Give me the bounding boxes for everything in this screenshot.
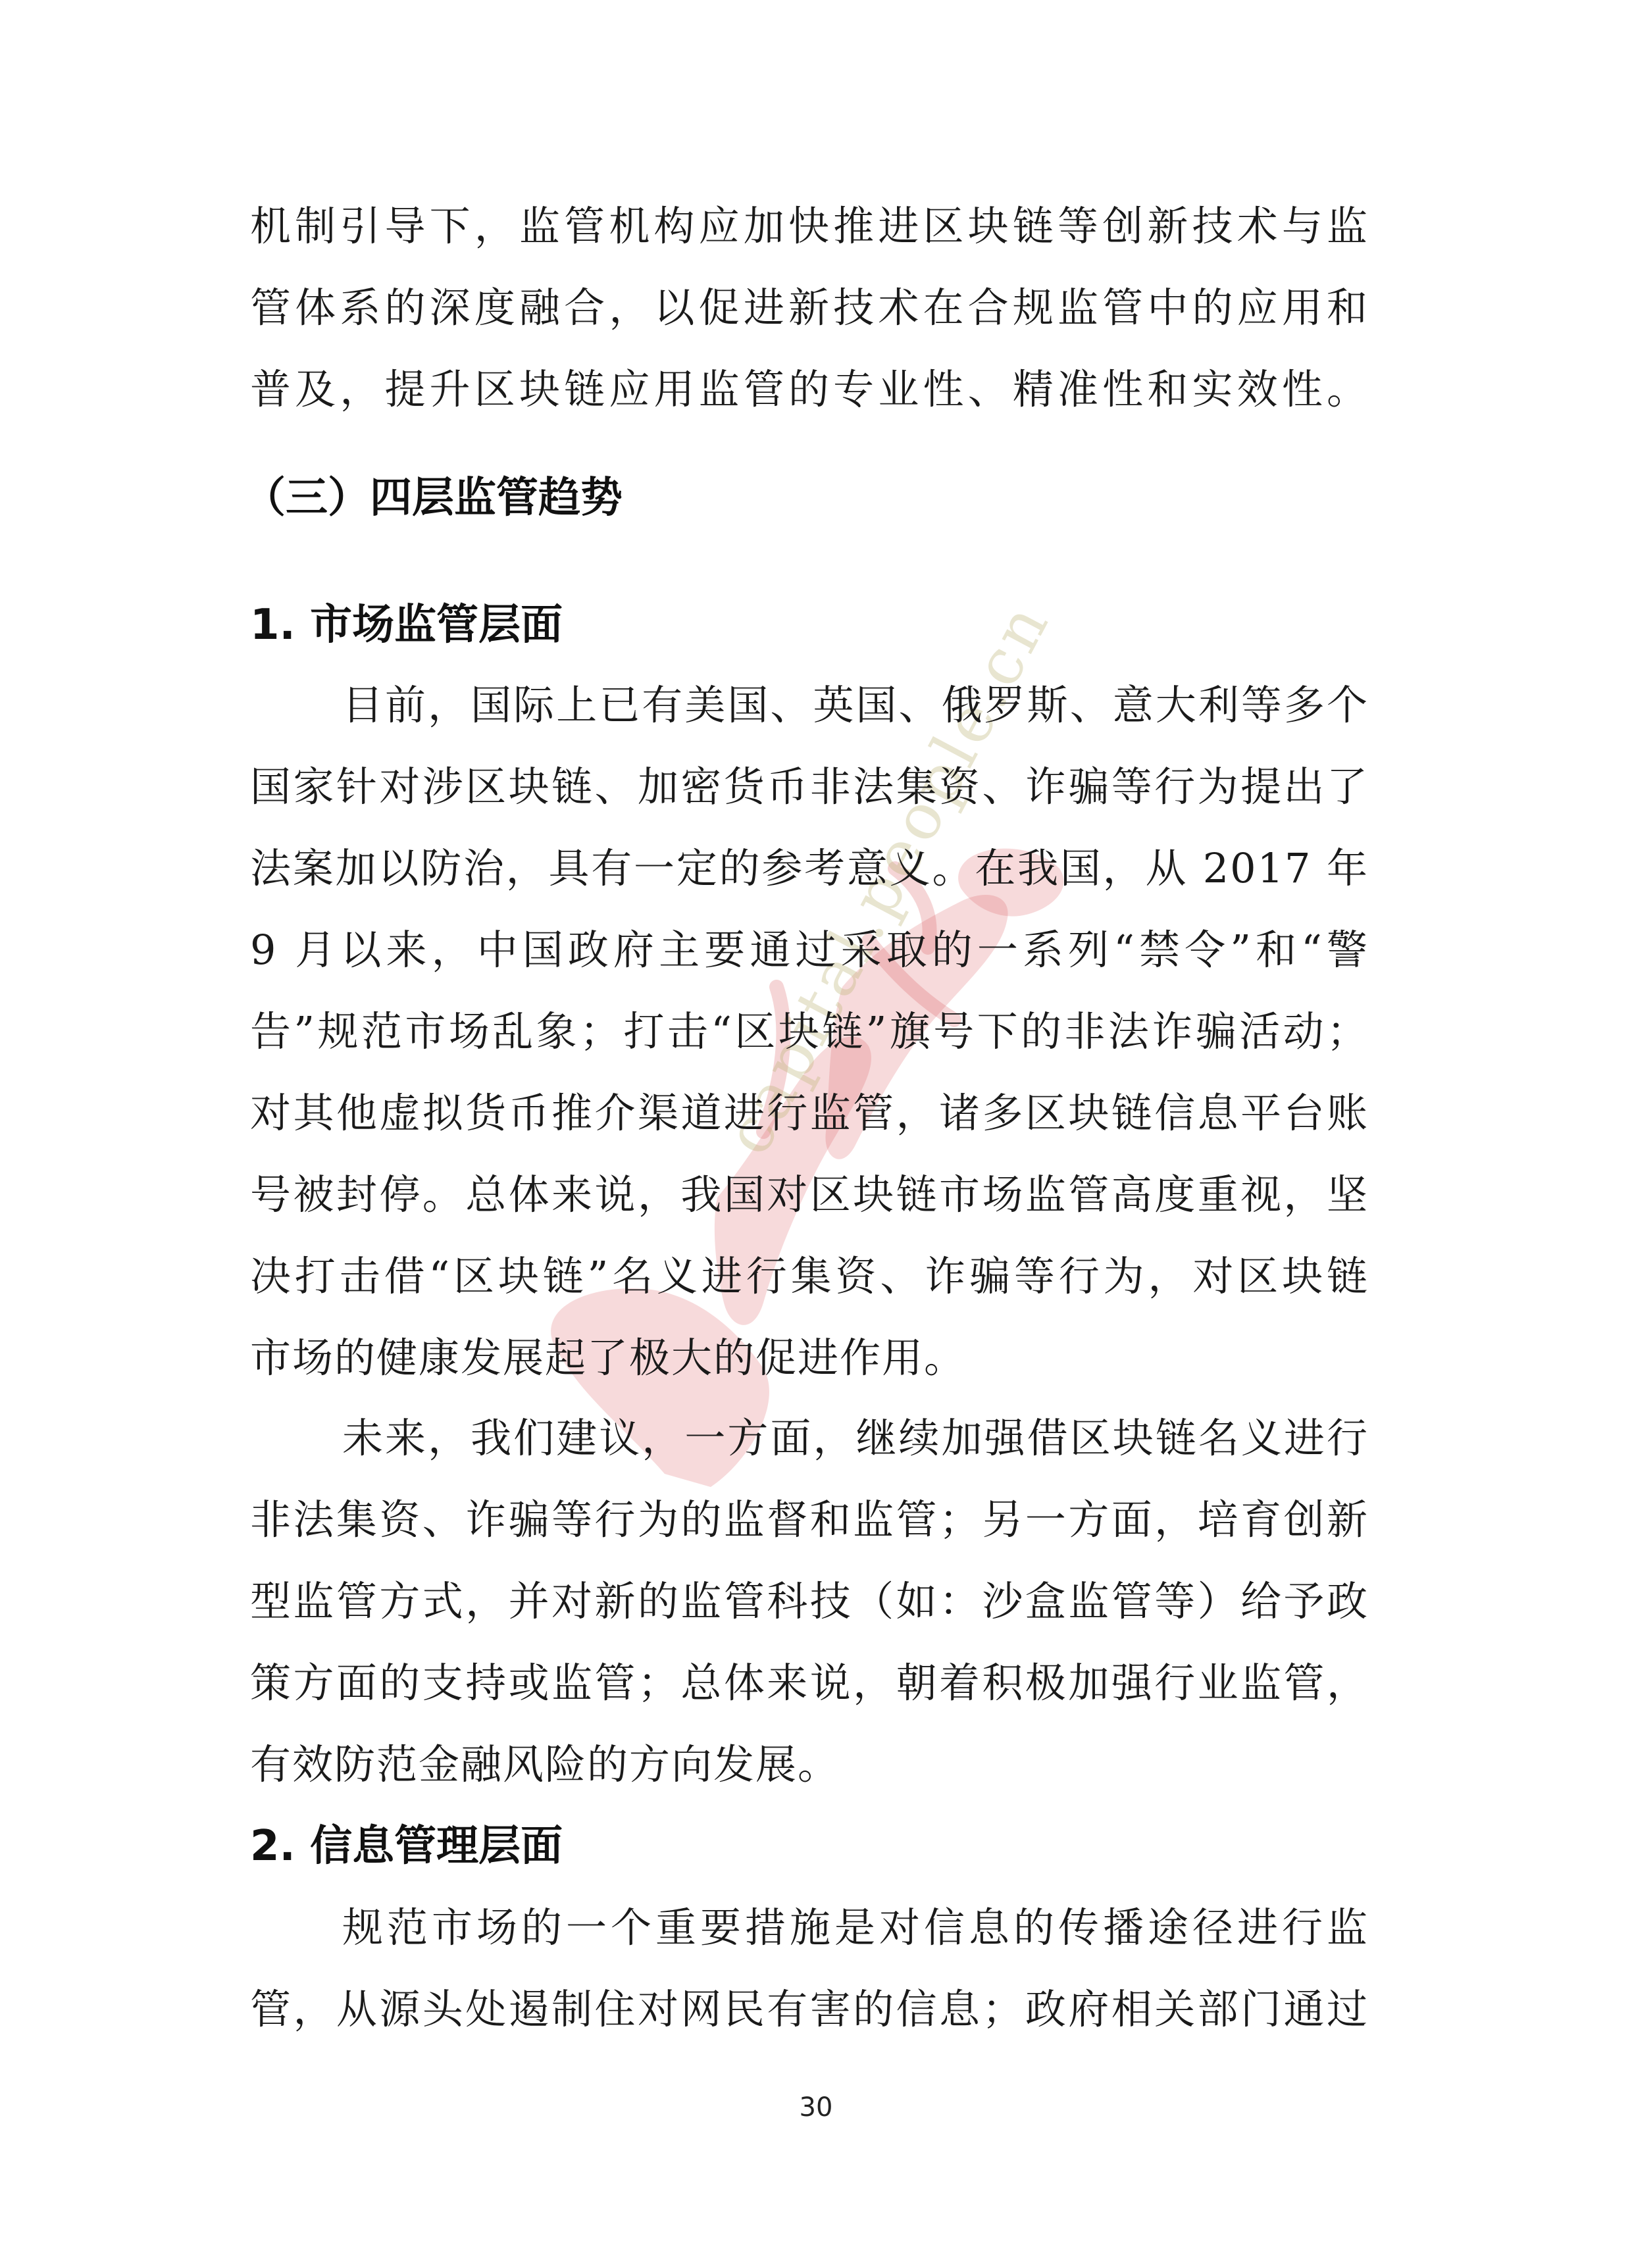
body-line: 型监管方式，并对新的监管科技（如：沙盒监管等）给予政 (250, 1561, 1369, 1642)
document-page: capital.people.cn 机制引导下，监管机构应加快推进区块链等创新技… (0, 0, 1632, 2268)
section-heading: （三）四层监管趋势 (243, 457, 623, 539)
body-line: 国家针对涉区块链、加密货币非法集资、诈骗等行为提出了 (250, 746, 1369, 828)
body-line: 市场的健康发展起了极大的促进作用。 (250, 1317, 1369, 1399)
body-line: 机制引导下，监管机构应加快推进区块链等创新技术与监 (250, 186, 1369, 267)
subsection-heading-information: 2. 信息管理层面 (250, 1805, 563, 1887)
body-line: 策方面的支持或监管；总体来说，朝着积极加强行业监管， (250, 1642, 1369, 1724)
body-line: 9 月以来，中国政府主要通过采取的一系列“禁令”和“警 (250, 909, 1369, 991)
body-line: 非法集资、诈骗等行为的监督和监管；另一方面，培育创新 (250, 1479, 1369, 1561)
body-line: 普及，提升区块链应用监管的专业性、精准性和实效性。 (250, 349, 1369, 430)
body-line: 目前，国际上已有美国、英国、俄罗斯、意大利等多个 (250, 665, 1369, 746)
body-line: 告”规范市场乱象；打击“区块链”旗号下的非法诈骗活动； (250, 991, 1369, 1072)
body-line: 决打击借“区块链”名义进行集资、诈骗等行为，对区块链 (250, 1236, 1369, 1317)
body-line: 有效防范金融风险的方向发展。 (250, 1724, 1369, 1805)
body-line: 号被封停。总体来说，我国对区块链市场监管高度重视，坚 (250, 1154, 1369, 1236)
body-line: 未来，我们建议，一方面，继续加强借区块链名义进行 (250, 1398, 1369, 1479)
body-line: 规范市场的一个重要措施是对信息的传播途径进行监 (250, 1887, 1369, 1969)
body-line: 管，从源头处遏制住对网民有害的信息；政府相关部门通过 (250, 1969, 1369, 2050)
subsection-heading-market: 1. 市场监管层面 (250, 584, 563, 666)
body-line: 管体系的深度融合，以促进新技术在合规监管中的应用和 (250, 267, 1369, 349)
page-number: 30 (0, 2092, 1632, 2123)
body-line: 对其他虚拟货币推介渠道进行监管，诸多区块链信息平台账 (250, 1072, 1369, 1154)
body-line: 法案加以防治，具有一定的参考意义。在我国，从 2017 年 (250, 828, 1369, 909)
